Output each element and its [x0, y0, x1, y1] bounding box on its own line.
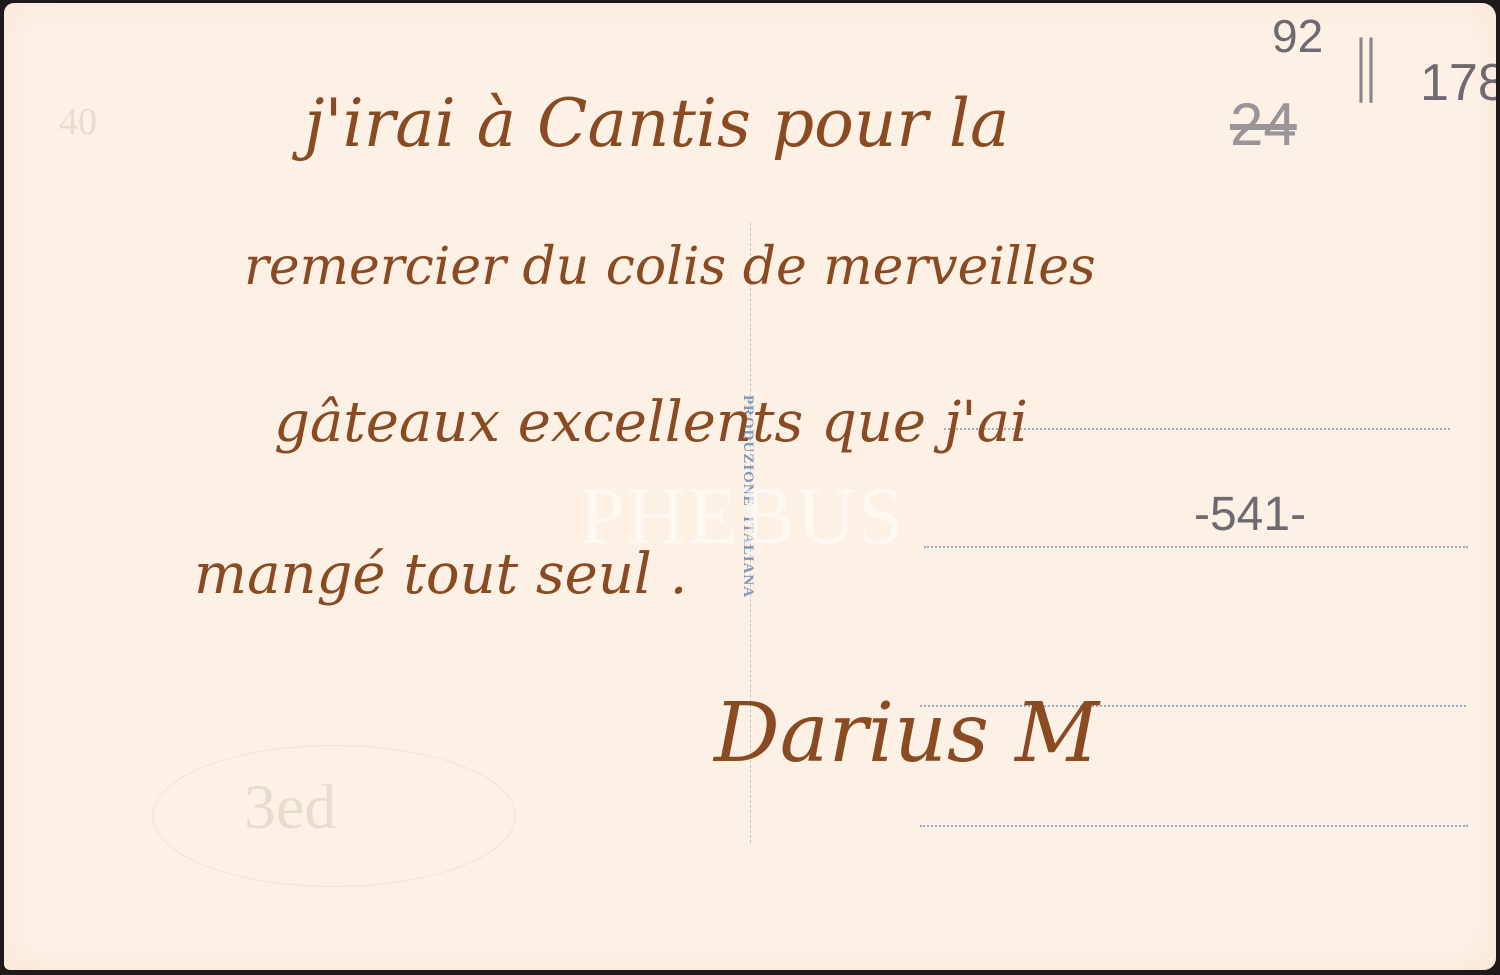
address-line-2	[924, 546, 1468, 548]
handwriting-line-4: mangé tout seul .	[194, 547, 687, 603]
handwriting-line-3: gâteaux excellents que j'ai	[274, 395, 1028, 451]
pencil-number-fraction: 178	[1420, 57, 1496, 109]
pencil-number-top: 92	[1272, 13, 1323, 59]
ghost-mark-bottom-left: 3ed	[244, 775, 336, 839]
pencil-slash: ||	[1356, 29, 1376, 99]
handwriting-line-1: j'irai à Cantis pour la	[304, 91, 1009, 157]
address-line-4	[920, 825, 1468, 827]
pencil-number-crossed: 24	[1230, 95, 1297, 155]
ghost-mark-top-left: 40	[59, 103, 97, 141]
handwriting-line-2: remercier du colis de merveilles	[244, 241, 1096, 293]
postcard-back: PRODUZIONE ITALIANA PHEBUS 40 3ed j'irai…	[4, 3, 1496, 970]
signature: Darius M	[714, 693, 1099, 775]
pencil-number-center: -541-	[1194, 491, 1306, 539]
